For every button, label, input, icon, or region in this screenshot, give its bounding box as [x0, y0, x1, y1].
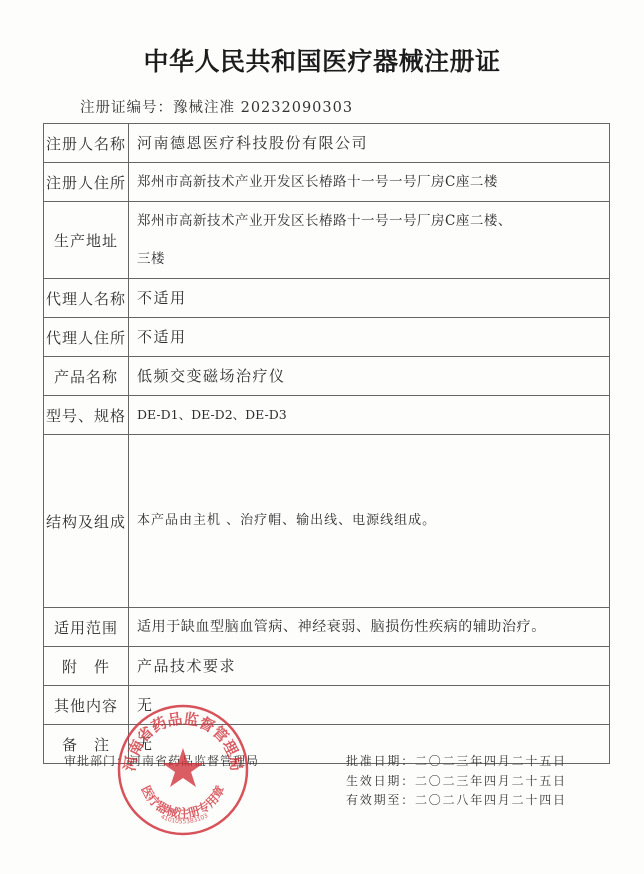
row-value: 无	[129, 686, 610, 725]
approval-department: 审批部门：河南省药品监督管理局	[64, 752, 259, 769]
row-value-line1: 郑州市高新技术产业开发区长椿路十一号一号厂房C座二楼、	[137, 202, 609, 240]
table-row-product-name: 产品名称 低频交变磁场治疗仪	[44, 357, 610, 396]
dates-block: 批准日期：二〇二三年四月二十五日 生效日期：二〇二三年四月二十五日 有效期至：二…	[346, 752, 567, 811]
table-row-registrant-address: 注册人住所 郑州市高新技术产业开发区长椿路十一号一号厂房C座二楼	[44, 163, 610, 202]
registration-number-label: 注册证编号：	[80, 100, 173, 116]
svg-text:医疗器械注册专用章: 医疗器械注册专用章	[138, 783, 227, 821]
table-row-production-address: 生产地址 郑州市高新技术产业开发区长椿路十一号一号厂房C座二楼、 三楼	[44, 202, 610, 279]
row-label: 代理人名称	[44, 279, 129, 318]
document-title: 中华人民共和国医疗器械注册证	[0, 42, 644, 78]
svg-text:4101055383103: 4101055383103	[159, 812, 209, 825]
row-value: 郑州市高新技术产业开发区长椿路十一号一号厂房C座二楼	[129, 163, 610, 202]
row-label: 注册人名称	[44, 124, 129, 163]
table-row-agent-address: 代理人住所 不适用	[44, 318, 610, 357]
registration-number: 注册证编号：豫械注准 20232090303	[80, 96, 353, 117]
row-value: 不适用	[129, 318, 610, 357]
row-label: 其他内容	[44, 686, 129, 725]
row-label: 附 件	[44, 647, 129, 686]
row-value: 不适用	[129, 279, 610, 318]
row-value: 河南德恩医疗科技股份有限公司	[129, 124, 610, 163]
row-value: DE-D1、DE-D2、DE-D3	[129, 396, 610, 435]
row-value: 适用于缺血型脑血管病、神经衰弱、脑损伤性疾病的辅助治疗。	[129, 608, 610, 647]
row-value: 产品技术要求	[129, 647, 610, 686]
seal-bottom-text: 医疗器械注册专用章	[138, 783, 227, 821]
approval-date: 批准日期：二〇二三年四月二十五日	[346, 752, 567, 772]
row-label: 结构及组成	[44, 435, 129, 608]
seal-code: 4101055383103	[159, 812, 209, 825]
valid-until-date: 有效期至：二〇二八年四月二十四日	[346, 791, 567, 811]
effective-date: 生效日期：二〇二三年四月二十五日	[346, 772, 567, 792]
row-label: 注册人住所	[44, 163, 129, 202]
row-label: 适用范围	[44, 608, 129, 647]
row-value-line2: 三楼	[137, 240, 609, 278]
table-row-other: 其他内容 无	[44, 686, 610, 725]
table-row-scope: 适用范围 适用于缺血型脑血管病、神经衰弱、脑损伤性疾病的辅助治疗。	[44, 608, 610, 647]
table-row-registrant-name: 注册人名称 河南德恩医疗科技股份有限公司	[44, 124, 610, 163]
row-label: 产品名称	[44, 357, 129, 396]
table-row-attachment: 附 件 产品技术要求	[44, 647, 610, 686]
row-value: 低频交变磁场治疗仪	[129, 357, 610, 396]
row-label: 型号、规格	[44, 396, 129, 435]
table-row-structure: 结构及组成 本产品由主机 、治疗帽、输出线、电源线组成。	[44, 435, 610, 608]
table-row-agent-name: 代理人名称 不适用	[44, 279, 610, 318]
row-label: 代理人住所	[44, 318, 129, 357]
row-label: 生产地址	[44, 202, 129, 279]
row-value: 郑州市高新技术产业开发区长椿路十一号一号厂房C座二楼、 三楼	[129, 202, 610, 279]
table-row-model-spec: 型号、规格 DE-D1、DE-D2、DE-D3	[44, 396, 610, 435]
row-value: 本产品由主机 、治疗帽、输出线、电源线组成。	[129, 435, 610, 608]
certificate-table: 注册人名称 河南德恩医疗科技股份有限公司 注册人住所 郑州市高新技术产业开发区长…	[43, 123, 610, 764]
registration-number-value: 豫械注准 20232090303	[173, 100, 353, 116]
